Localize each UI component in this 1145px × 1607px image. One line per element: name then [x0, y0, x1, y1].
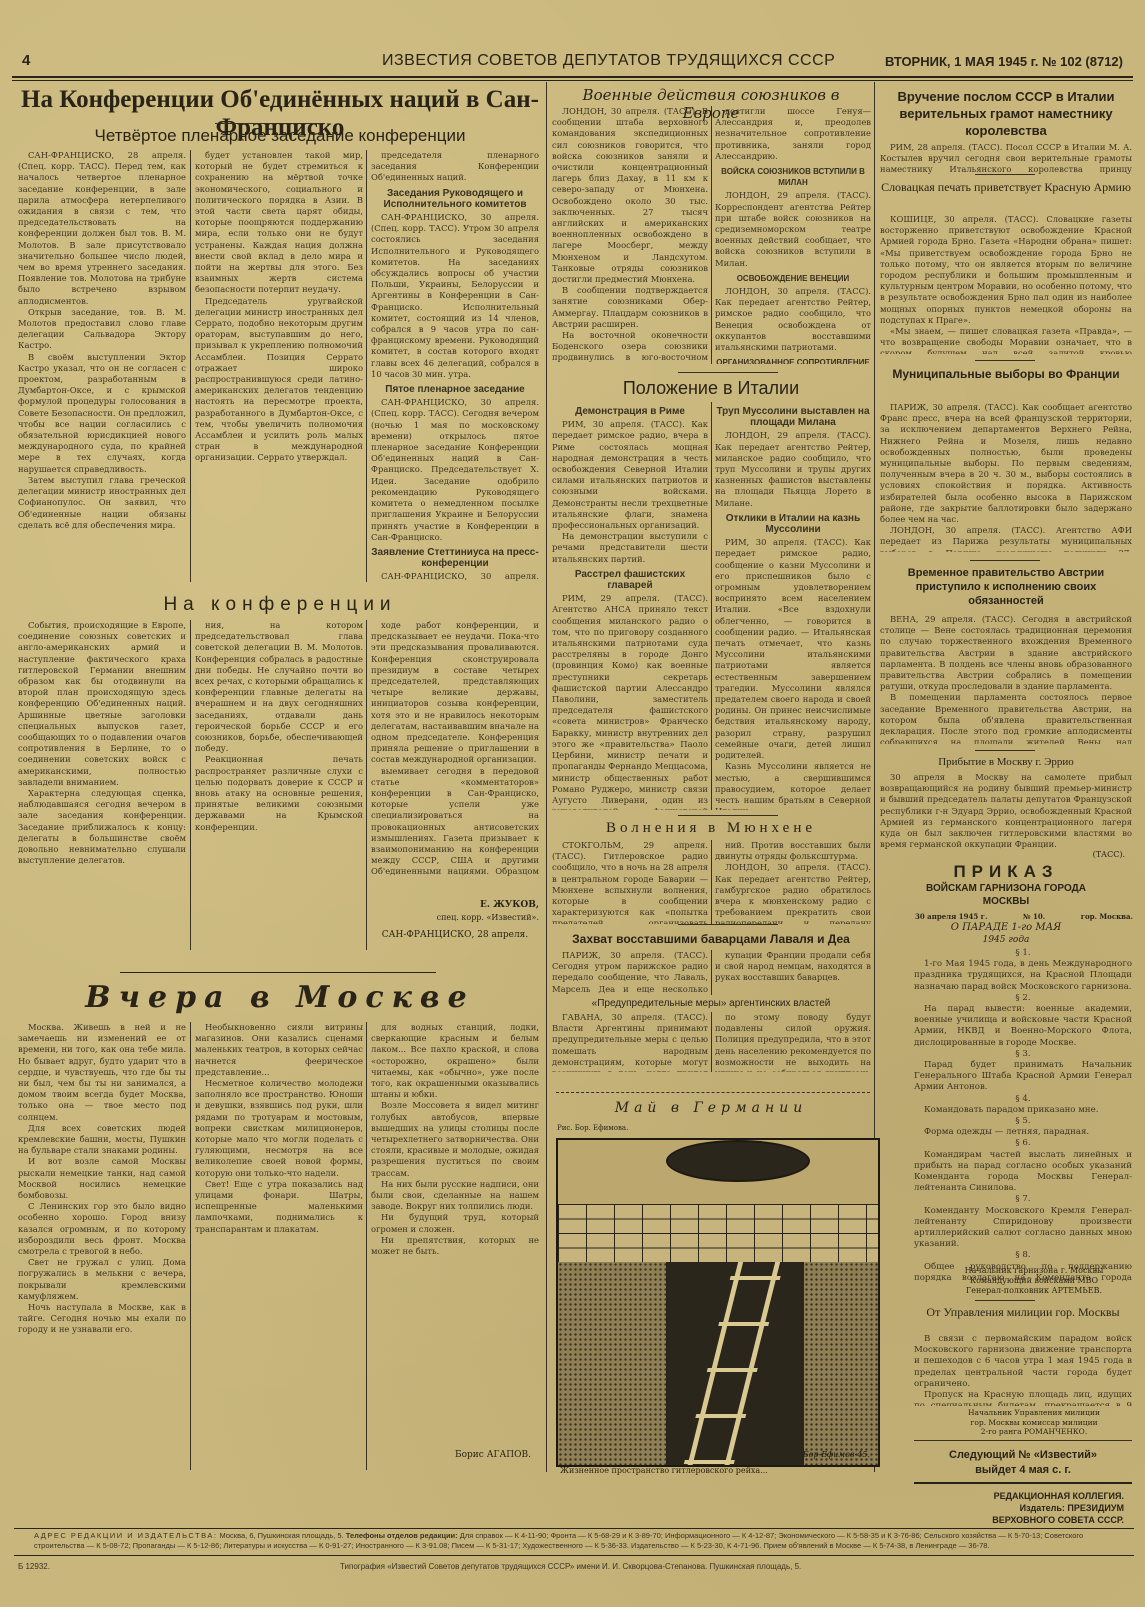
divider	[970, 560, 1040, 561]
masthead: 4 ИЗВЕСТИЯ СОВЕТОВ ДЕПУТАТОВ ТРУДЯЩИХСЯ …	[22, 52, 1123, 74]
italy-column-2: Труп Муссолини выставлен на площади Мила…	[715, 402, 871, 810]
ornament-rule	[120, 972, 436, 973]
order-number: № 10.	[1023, 912, 1045, 921]
moscow-author: Борис АГАПОВ.	[371, 1450, 531, 1460]
paragraph-number: § 5.	[914, 1116, 1132, 1127]
errio-source: (ТАСС).	[880, 850, 1125, 859]
divider	[914, 1482, 1132, 1484]
paragraph-number: § 3.	[914, 1049, 1132, 1060]
france-headline: Муниципальные выборы во Франции	[880, 366, 1132, 382]
conference-headline: На конференции	[20, 594, 540, 616]
editorial-board: РЕДАКЦИОННАЯ КОЛЛЕГИЯ. Издатель: ПРЕЗИДИ…	[914, 1490, 1124, 1526]
italy-column-1: Демонстрация в Риме РИМ, 30 апреля. (ТАС…	[552, 402, 708, 810]
order-paragraph: На парад вывести: военные академии, воен…	[914, 1004, 1132, 1049]
militia-signature: Начальник Управления милиции гор. Москвы…	[944, 1408, 1124, 1437]
sf-column-2: будет установлен такой мир, который не б…	[195, 150, 363, 582]
cartoon-credit: Рис. Бор. Ефимова.	[557, 1124, 628, 1132]
divider	[975, 750, 1035, 751]
italy-headline: Положение в Италии	[552, 378, 870, 399]
moscow-headline: Вчера в Москве	[20, 980, 540, 1015]
paragraph-number: § 6.	[914, 1138, 1132, 1149]
sf-column-3: председателя пленарного заседания Конфер…	[371, 150, 539, 582]
column-divider	[366, 150, 367, 582]
divider	[678, 372, 778, 373]
conference-author-role: спец. корр. «Известий».	[371, 913, 539, 922]
footer-contacts: АДРЕС РЕДАКЦИИ И ИЗДАТЕЛЬСТВА: Москва, 6…	[34, 1531, 1119, 1553]
munich-column-2: ний. Против восставших были двинуты отря…	[715, 840, 871, 924]
printer-info: Типография «Известий Советов депутатов т…	[340, 1562, 801, 1572]
print-code: Б 12932.	[18, 1562, 50, 1572]
cartoon-title: Май в Германии	[552, 1100, 870, 1116]
order-paragraph: Форма одежды — летняя, парадная.	[914, 1127, 1132, 1138]
argentina-column-2: по этому поводу будут подавлены силой ор…	[715, 1012, 871, 1072]
column-divider	[711, 402, 712, 810]
ambassador-text: РИМ, 28 апреля. (ТАСС). Посол СССР в Ита…	[880, 142, 1132, 176]
page-number: 4	[22, 52, 30, 69]
errio-headline: Прибытие в Москву г. Эррио	[880, 756, 1132, 768]
argentina-headline: «Предупредительные меры» аргентинских вл…	[552, 998, 870, 1009]
paragraph-number: § 4.	[914, 1094, 1132, 1105]
divider	[975, 1300, 1035, 1301]
militia-text: В связи с первомайским парадом войск Мос…	[914, 1334, 1132, 1406]
venice-subhead: ОСВОБОЖДЕНИЕ ВЕНЕЦИИ	[715, 273, 871, 284]
moscow-column-2: Необыкновенно сияли витрины магазинов. О…	[195, 1022, 363, 1467]
column-divider	[366, 620, 367, 950]
slovak-headline: Словацкая печать приветствует Красную Ар…	[880, 180, 1132, 195]
column-divider	[190, 620, 191, 950]
column-divider	[546, 82, 547, 1472]
order-paragraph: 1-го Мая 1945 года, в день Международног…	[914, 959, 1132, 993]
issue-info: ВТОРНИК, 1 МАЯ 1945 г. № 102 (8712)	[885, 54, 1123, 69]
order-signature: Начальник гарнизона г. Москвы Командующи…	[944, 1266, 1124, 1296]
divider	[215, 123, 325, 124]
milan-subhead: ВОЙСКА СОЮЗНИКОВ ВСТУПИЛИ В МИЛАН	[715, 166, 871, 188]
ground-texture	[558, 1262, 666, 1465]
next-issue-notice: Следующий № «Известий» выйдет 4 мая с. г…	[914, 1448, 1132, 1478]
divider	[975, 360, 1035, 361]
ambassador-headline: Вручение послом СССР в Италии верительны…	[880, 88, 1132, 139]
laval-headline: Захват восставшими баварцами Лаваля и Де…	[552, 932, 870, 946]
ground-texture	[804, 1262, 878, 1465]
fifth-plenary-subhead: Пятое пленарное заседание	[371, 384, 539, 395]
column-divider	[190, 1022, 191, 1470]
austria-headline: Временное правительство Австрии приступи…	[880, 566, 1132, 608]
masthead-rule	[12, 76, 1133, 81]
paragraph-number: § 1.	[914, 948, 1132, 959]
order-topic: О ПАРАДЕ 1-го МАЯ	[880, 922, 1132, 933]
order-city: гор. Москва.	[1081, 912, 1133, 921]
military-column-1: ЛОНДОН, 30 апреля. (ТАСС). В сообщении ш…	[552, 106, 708, 364]
demo-subhead: Демонстрация в Риме	[552, 406, 708, 417]
footer-rule	[14, 1528, 1134, 1529]
munich-column-1: СТОКГОЛЬМ, 29 апреля. (ТАСС). Гитлеровск…	[552, 840, 708, 924]
column-divider	[711, 840, 712, 924]
order-paragraph: Командирам частей выслать линейных и при…	[914, 1150, 1132, 1195]
column-divider	[711, 950, 712, 995]
column-divider	[366, 1022, 367, 1470]
paragraph-number: § 8.	[914, 1250, 1132, 1261]
order-date: 30 апреля 1945 г.	[915, 912, 987, 921]
cartoon-caption: Жизненное пространство гитлеровского рей…	[560, 1466, 768, 1475]
munich-headline: Волнения в Мюнхене	[552, 820, 870, 837]
errio-text: 30 апреля в Москву на самолете прибыл во…	[880, 772, 1132, 850]
order-paragraph: Коменданту Московского Кремля Генерал-ле…	[914, 1206, 1132, 1251]
conference-author: Е. ЖУКОВ,	[371, 900, 539, 910]
sf-subhead: Четвёртое пленарное заседание конференци…	[20, 126, 540, 146]
brick-wall-drawing	[558, 1204, 878, 1262]
stettinius-subhead: Заявление Стеттиниуса на пресс-конференц…	[371, 547, 539, 569]
execution-subhead: Расстрел фашистских главарей	[552, 569, 708, 591]
order-meta: 30 апреля 1945 г. № 10. гор. Москва.	[915, 912, 1133, 921]
column-divider	[190, 150, 191, 582]
divider	[678, 815, 778, 816]
paragraph-number: § 2.	[914, 993, 1132, 1004]
divider	[556, 1092, 870, 1093]
divider	[975, 174, 1035, 175]
paragraph-number: § 7.	[914, 1194, 1132, 1205]
laval-column-1: ПАРИЖ, 30 апреля. (ТАСС). Сегодня утром …	[552, 950, 708, 995]
military-column-2: достигли шоссе Генуя—Алессандрия и, прео…	[715, 106, 871, 364]
body-subhead: Труп Муссолини выставлен на площади Мила…	[715, 406, 871, 428]
manhole-drawing	[666, 1140, 810, 1182]
resistance-subhead: ОРГАНИЗОВАННОЕ СОПРОТИВЛЕНИЕ ГЕРМАНСКОЙ …	[715, 357, 871, 364]
divider	[678, 924, 778, 925]
cartoon-signature: Бор-Ефимов-45.	[803, 1450, 870, 1459]
order-paragraph: Командовать парадом приказано мне.	[914, 1105, 1132, 1116]
moscow-column-1: Москва. Живешь в ней и не замечаешь ни и…	[18, 1022, 186, 1467]
conference-column-3: ходе работ конференции, и предсказывает …	[371, 620, 539, 880]
austria-text: ВЕНА, 29 апреля. (ТАСС). Сегодня в австр…	[880, 614, 1132, 744]
conference-column-2: ния, на котором председательствовал глав…	[195, 620, 363, 948]
slovak-text: КОШИЦЕ, 30 апреля. (ТАСС). Словацкие газ…	[880, 214, 1132, 354]
column-divider	[711, 1012, 712, 1072]
order-topic-year: 1945 года	[880, 935, 1132, 945]
order-paragraphs: § 1.1-го Мая 1945 года, в день Междунаро…	[914, 948, 1132, 1283]
divider	[914, 1440, 1132, 1441]
response-subhead: Отклики в Италии на казнь Муссолини	[715, 513, 871, 535]
order-paragraph: Парад будет принимать Начальник Генераль…	[914, 1060, 1132, 1094]
laval-column-2: купации Франции продали себя и свой наро…	[715, 950, 871, 995]
order-subtitle: ВОЙСКАМ ГАРНИЗОНА ГОРОДА МОСКВЫ	[920, 882, 1092, 908]
cartoon-illustration: Бор-Ефимов-45.	[556, 1138, 880, 1467]
argentina-column-1: ГАВАНА, 30 апреля. (ТАСС). Власти Аргент…	[552, 1012, 708, 1072]
moscow-column-3: для водных станций, лодки, сверкающие кр…	[371, 1022, 539, 1442]
conference-column-1: События, происходящие в Европе, соединен…	[18, 620, 186, 948]
conference-dateline: САН-ФРАНЦИСКО, 28 апреля.	[371, 930, 539, 940]
order-title: ПРИКАЗ	[880, 862, 1132, 882]
paper-title: ИЗВЕСТИЯ СОВЕТОВ ДЕПУТАТОВ ТРУДЯЩИХСЯ СС…	[382, 52, 835, 70]
france-text: ПАРИЖ, 30 апреля. (ТАСС). Как сообщает а…	[880, 402, 1132, 552]
column-divider	[711, 106, 712, 364]
militia-headline: От Управления милиции гор. Москвы	[914, 1305, 1132, 1319]
footer-rule	[14, 1555, 1134, 1556]
committees-subhead: Заседания Руководящего и Исполнительного…	[371, 188, 539, 210]
sf-column-1: САН-ФРАНЦИСКО, 28 апреля. (Спец. корр. Т…	[18, 150, 186, 582]
